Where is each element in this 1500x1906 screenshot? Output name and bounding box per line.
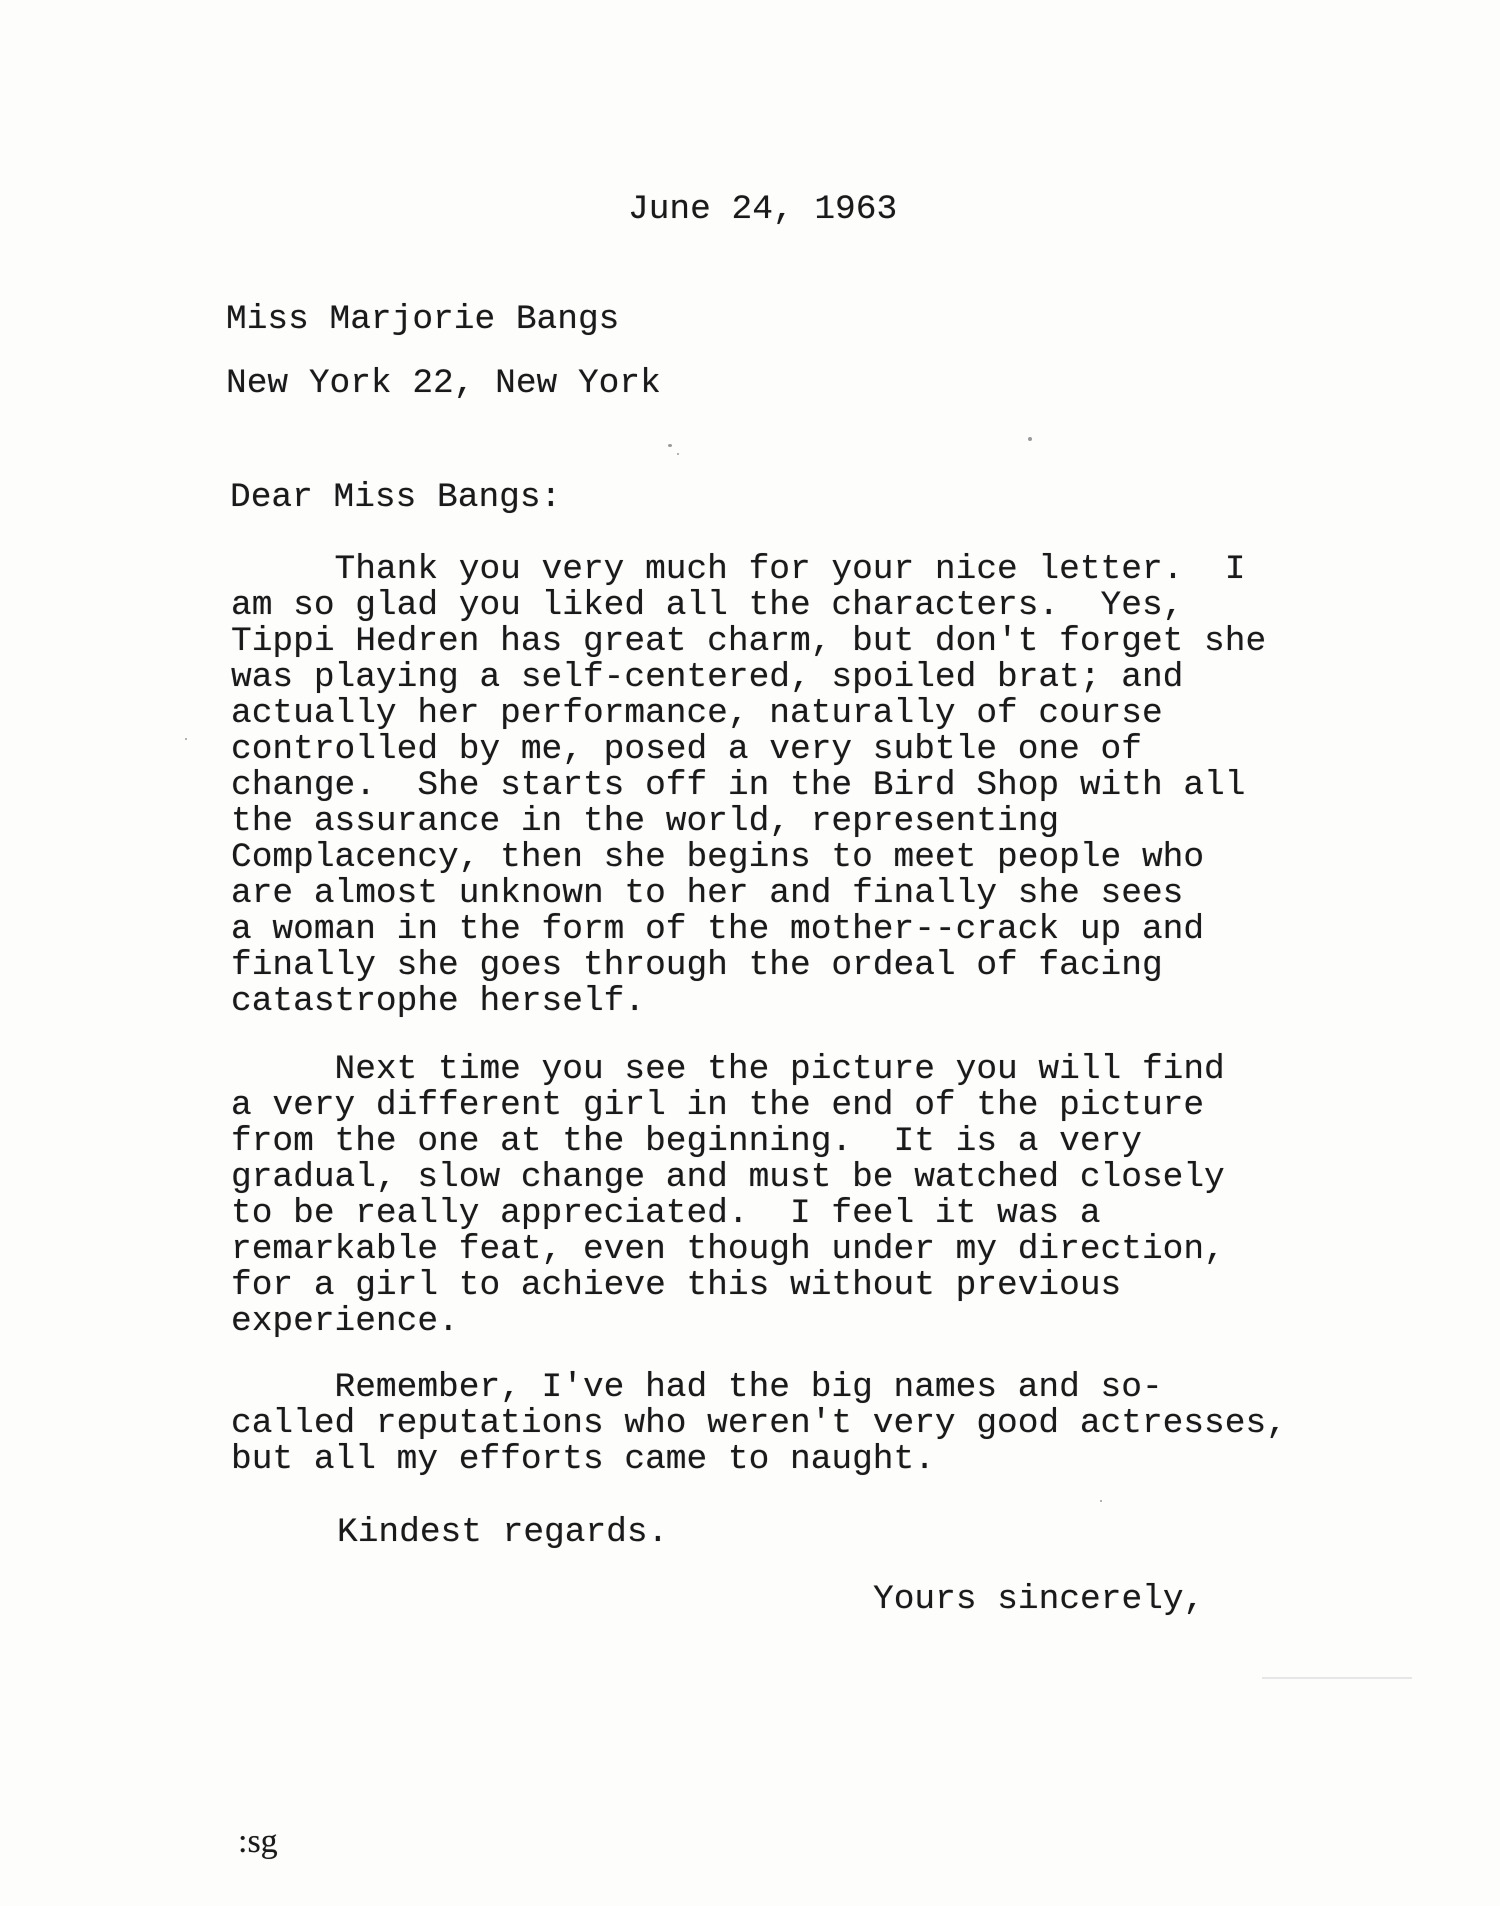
paragraph-line: for a girl to achieve this without previ…: [231, 1268, 1225, 1304]
body-paragraph-1: Thank you very much for your nice letter…: [231, 552, 1266, 1020]
paragraph-line: Tippi Hedren has great charm, but don't …: [231, 624, 1266, 660]
paragraph-line: but all my efforts came to naught.: [231, 1442, 1287, 1478]
paragraph-line: Complacency, then she begins to meet peo…: [231, 840, 1266, 876]
recipient-name: Miss Marjorie Bangs: [226, 302, 619, 338]
body-paragraph-3: Remember, I've had the big names and so-…: [231, 1370, 1287, 1478]
paragraph-line: experience.: [231, 1304, 1225, 1340]
paragraph-line: actually her performance, naturally of c…: [231, 696, 1266, 732]
paragraph-line: the assurance in the world, representing: [231, 804, 1266, 840]
paragraph-line: Remember, I've had the big names and so-: [231, 1370, 1287, 1406]
paragraph-line: gradual, slow change and must be watched…: [231, 1160, 1225, 1196]
paragraph-line: Next time you see the picture you will f…: [231, 1052, 1225, 1088]
letter-date: June 24, 1963: [628, 192, 897, 228]
signoff: Yours sincerely,: [873, 1582, 1204, 1618]
paper-speck: [668, 444, 672, 447]
closing-line: Kindest regards.: [337, 1515, 668, 1551]
paragraph-line: a very different girl in the end of the …: [231, 1088, 1225, 1124]
paper-smudge: [1262, 1677, 1412, 1679]
paragraph-line: a woman in the form of the mother--crack…: [231, 912, 1266, 948]
letter-page: June 24, 1963 Miss Marjorie Bangs New Yo…: [0, 0, 1500, 1906]
paragraph-line: finally she goes through the ordeal of f…: [231, 948, 1266, 984]
paper-speck: [1100, 1500, 1102, 1502]
paper-speck: [1028, 437, 1032, 441]
salutation: Dear Miss Bangs:: [230, 480, 561, 516]
paragraph-line: controlled by me, posed a very subtle on…: [231, 732, 1266, 768]
body-paragraph-2: Next time you see the picture you will f…: [231, 1052, 1225, 1340]
paper-speck: [677, 453, 679, 455]
paragraph-line: to be really appreciated. I feel it was …: [231, 1196, 1225, 1232]
paragraph-line: change. She starts off in the Bird Shop …: [231, 768, 1266, 804]
typist-initials: :sg: [238, 1824, 278, 1860]
paragraph-line: am so glad you liked all the characters.…: [231, 588, 1266, 624]
paragraph-line: called reputations who weren't very good…: [231, 1406, 1287, 1442]
paragraph-line: are almost unknown to her and finally sh…: [231, 876, 1266, 912]
paragraph-line: was playing a self-centered, spoiled bra…: [231, 660, 1266, 696]
paragraph-line: catastrophe herself.: [231, 984, 1266, 1020]
paper-speck: [185, 738, 187, 740]
recipient-address: New York 22, New York: [226, 366, 661, 402]
paragraph-line: remarkable feat, even though under my di…: [231, 1232, 1225, 1268]
paragraph-line: Thank you very much for your nice letter…: [231, 552, 1266, 588]
paragraph-line: from the one at the beginning. It is a v…: [231, 1124, 1225, 1160]
